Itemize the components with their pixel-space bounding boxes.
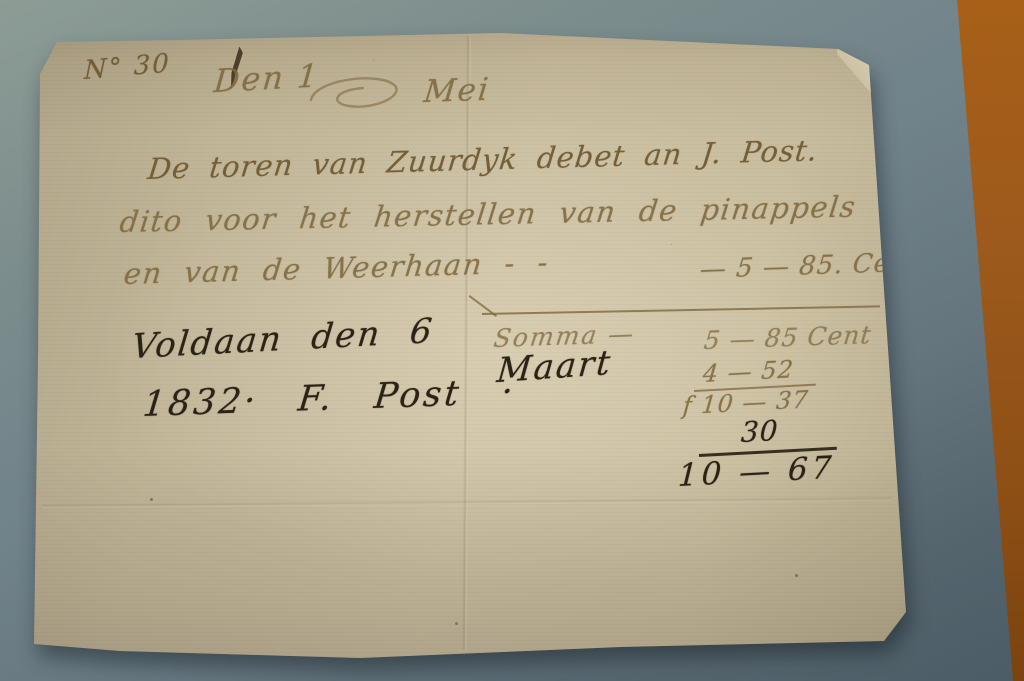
paper-specks [150,498,153,501]
photo-scene: N° 30 Den 1 Mei De toren van Zuurdyk deb… [0,0,1024,681]
pen-flourish [305,66,415,116]
receipt-paper: N° 30 Den 1 Mei De toren van Zuurdyk deb… [0,0,1024,681]
somma-amount: 5 — 85 Cent [702,320,873,355]
paper-shadow-wrap: N° 30 Den 1 Mei De toren van Zuurdyk deb… [0,0,1024,681]
date-month: Mei [422,72,492,110]
corner-fold [835,49,878,94]
body-line-3-amount: — 5 — 85. Cent [698,247,920,285]
amount-row-1: 4 — 52 [702,355,795,388]
amount-row-3: 30 [740,414,779,449]
